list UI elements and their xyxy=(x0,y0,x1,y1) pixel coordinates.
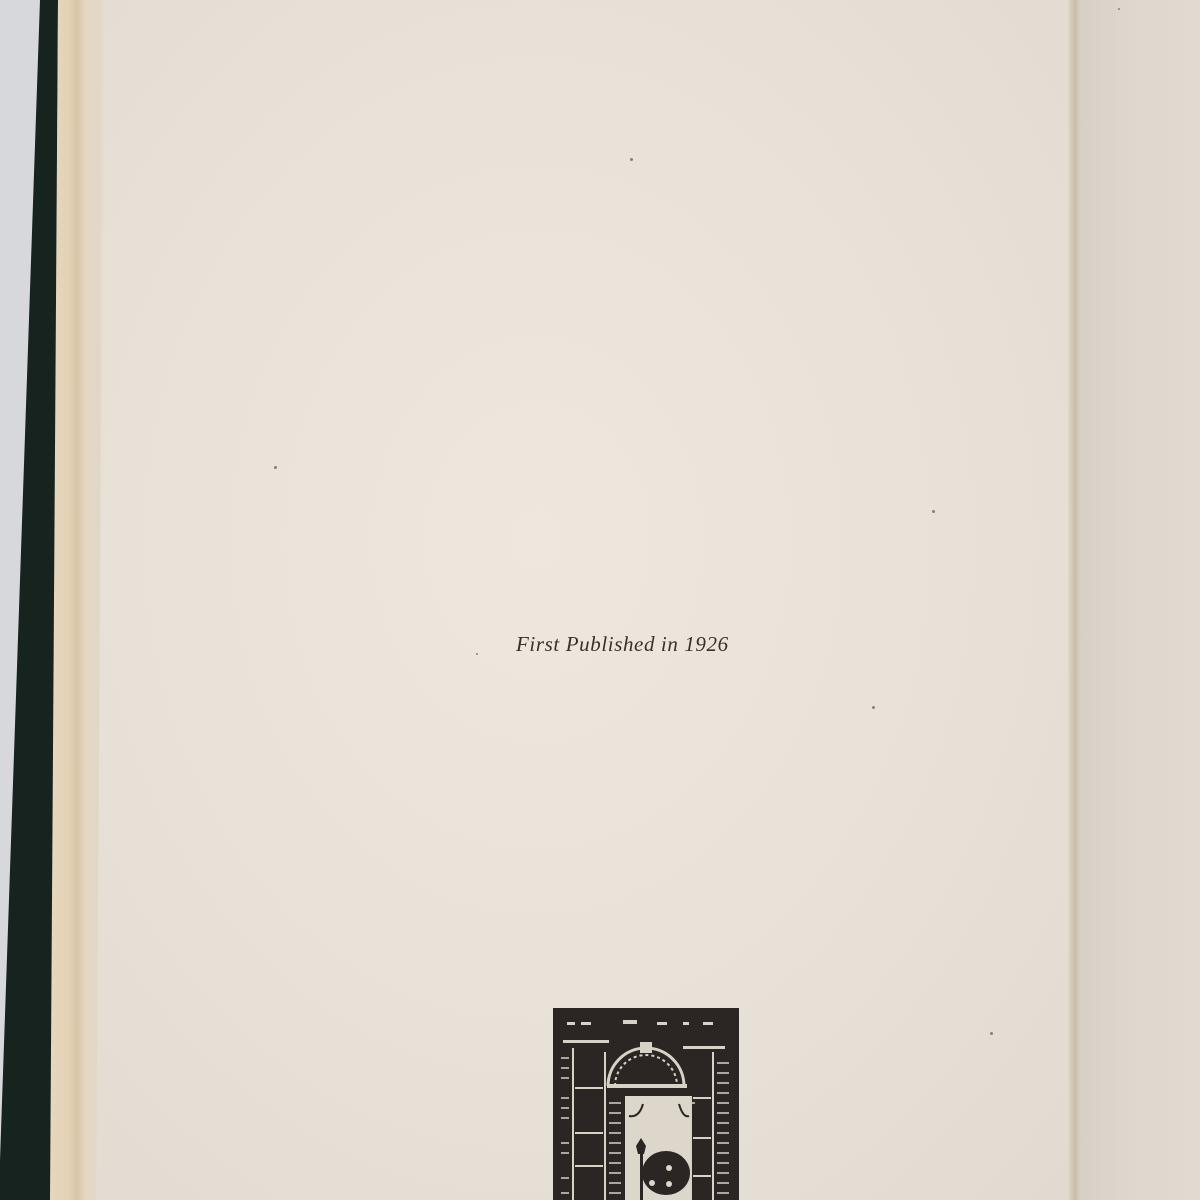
paper-speck xyxy=(990,1032,993,1035)
paper-speck xyxy=(1118,8,1120,10)
imprint-line: First Published in 1926 xyxy=(516,632,816,657)
paper-speck xyxy=(274,466,277,469)
paper-speck xyxy=(630,158,633,161)
facing-page xyxy=(1082,0,1200,1200)
paper-speck xyxy=(872,706,875,709)
doorway-woodcut-icon xyxy=(553,1008,739,1200)
paper-speck xyxy=(932,510,935,513)
paper-speck xyxy=(476,653,478,655)
